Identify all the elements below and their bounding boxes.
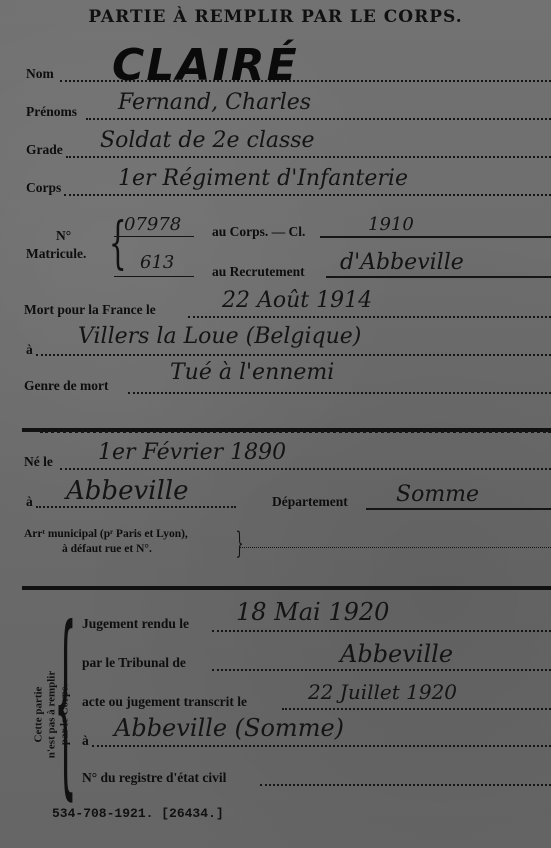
arrondissement-label-line2: à défaut rue et N°. — [62, 543, 152, 555]
au-corps-value: 07978 — [124, 214, 181, 235]
jugement-rendu-line — [212, 630, 551, 632]
grade-line — [66, 156, 551, 158]
lieu-naissance-label: à — [26, 494, 33, 510]
prenoms-value: Fernand, Charles — [118, 90, 311, 115]
recrutement-no-line — [114, 276, 194, 277]
lieu-mort-line — [36, 354, 551, 356]
lieu-transcrit-value: Abbeville (Somme) — [114, 714, 344, 742]
jugement-rendu-value: 18 Mai 1920 — [236, 598, 389, 626]
genre-mort-label: Genre de mort — [24, 378, 108, 394]
death-record-card: PARTIE À REMPLIR PAR LE CORPS. Nom CLAIR… — [0, 0, 551, 848]
nom-value: CLAIRÉ — [112, 40, 299, 91]
lieu-mort-label: à — [26, 342, 33, 358]
arrondissement-label-line1: Arrᵗ municipal (pʳ Paris et Lyon), — [24, 528, 188, 540]
lieu-mort-value: Villers la Loue (Belgique) — [78, 324, 361, 349]
print-code: 534-708-1921. [26434.] — [52, 806, 224, 821]
side-note: Cette partie n'est pas à remplir par le … — [12, 640, 92, 800]
classe-value: 1910 — [368, 214, 414, 235]
corps-label: Corps — [26, 180, 61, 196]
corps-line — [64, 194, 551, 196]
transcrit-label: acte ou jugement transcrit le — [82, 694, 247, 710]
jugement-rendu-label: Jugement rendu le — [82, 616, 189, 632]
grade-value: Soldat de 2e classe — [100, 128, 315, 153]
arrondissement-brace: } — [236, 528, 244, 560]
departement-label: Département — [272, 494, 348, 510]
mort-line — [188, 316, 551, 318]
form-title: PARTIE À REMPLIR PAR LE CORPS. — [0, 7, 551, 27]
ne-le-value: 1er Février 1890 — [98, 440, 286, 465]
section-divider-2 — [22, 586, 551, 590]
matricule-label: Matricule. — [26, 246, 86, 262]
grade-label: Grade — [26, 142, 63, 158]
section-divider-1-dots — [40, 430, 551, 433]
registre-label: N° du registre d'état civil — [82, 770, 226, 786]
prenoms-label: Prénoms — [26, 104, 77, 120]
mort-value: 22 Août 1914 — [222, 288, 372, 313]
tribunal-line — [212, 669, 551, 671]
mort-label: Mort pour la France le — [24, 302, 156, 318]
arrondissement-line — [240, 547, 551, 548]
transcrit-line — [282, 708, 551, 710]
ne-le-label: Né le — [24, 454, 53, 470]
lieu-naissance-line — [36, 506, 236, 508]
corps-value: 1er Régiment d'Infanterie — [118, 166, 408, 191]
recrutement-value: d'Abbeville — [340, 250, 464, 275]
tribunal-label: par le Tribunal de — [82, 655, 186, 671]
transcrit-value: 22 Juillet 1920 — [308, 680, 457, 704]
ne-le-line — [60, 468, 551, 470]
lieu-naissance-value: Abbeville — [66, 476, 188, 506]
prenoms-line — [86, 118, 551, 120]
registre-line — [260, 784, 551, 786]
classe-line — [320, 236, 551, 238]
recrutement-label: au Recrutement — [212, 264, 305, 280]
au-corps-label: au Corps. — Cl. — [212, 224, 305, 240]
lieu-transcrit-label: à — [82, 733, 89, 749]
departement-line — [366, 508, 551, 510]
jugement-brace: { — [54, 602, 77, 802]
genre-mort-value: Tué à l'ennemi — [170, 360, 334, 385]
genre-mort-line — [128, 392, 551, 394]
recrutement-no-value: 613 — [140, 252, 174, 273]
nom-label: Nom — [26, 66, 54, 82]
au-corps-line — [114, 236, 194, 237]
recrutement-line — [326, 276, 551, 278]
matricule-no-label: N° — [56, 228, 71, 244]
departement-value: Somme — [396, 482, 479, 507]
side-note-line1: Cette partie — [33, 635, 46, 795]
lieu-transcrit-line — [92, 745, 551, 747]
tribunal-value: Abbeville — [340, 640, 453, 668]
